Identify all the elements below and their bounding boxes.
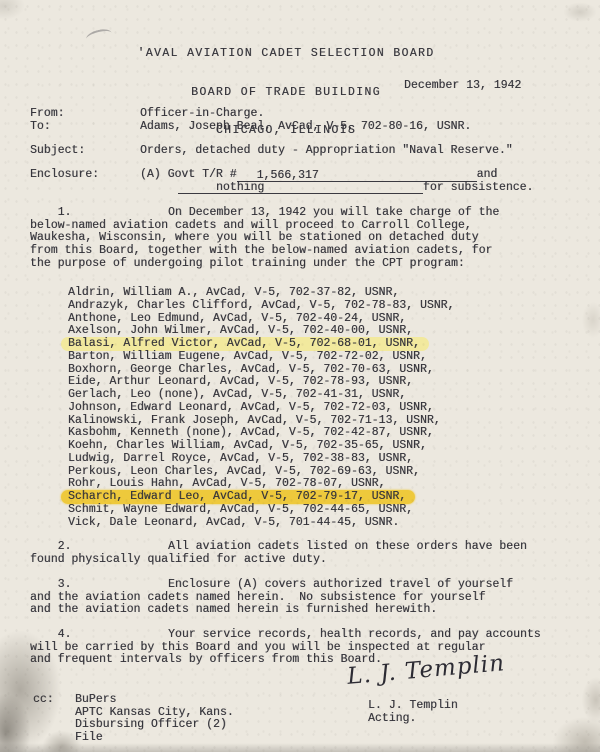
paragraph-1: 1. On December 13, 1942 you will take ch… xyxy=(30,207,499,271)
enclosure-suffix: for subsistence. xyxy=(423,181,533,194)
paragraph-2: 2. All aviation cadets listed on these o… xyxy=(30,541,527,566)
signature-typed-name: L. J. Templin xyxy=(368,700,458,713)
date: December 13, 1942 xyxy=(404,80,521,93)
cc-item: File xyxy=(75,732,103,745)
cc-item: BuPers xyxy=(75,694,116,707)
subject-label: Subject: xyxy=(30,145,85,158)
from-value: Officer-in-Charge. xyxy=(140,108,264,121)
enclosure-prefix: (A) Govt T/R # xyxy=(140,168,237,181)
enclosure-subsistence-blank: nothing xyxy=(178,182,423,194)
cc-label: cc: xyxy=(33,694,54,707)
to-label: To: xyxy=(30,121,51,134)
handwritten-signature: L. J. Templin xyxy=(347,657,506,683)
enclosure-tr-number: 1,566,317 xyxy=(257,169,319,182)
from-label: From: xyxy=(30,108,65,121)
document-page: 'AVAL AVIATION CADET SELECTION BOARD BOA… xyxy=(0,0,600,752)
enclosure-row-2: nothingfor subsistence. xyxy=(178,182,533,195)
paragraph-3: 3. Enclosure (A) covers authorized trave… xyxy=(30,579,513,617)
enclosure-label: Enclosure: xyxy=(30,169,99,182)
signature-title: Acting. xyxy=(368,713,416,726)
enclosure-subsistence-value: nothing xyxy=(216,181,264,194)
cadet-list: Aldrin, William A., AvCad, V-5, 702-37-8… xyxy=(68,287,454,529)
to-value: Adams, Joseph Beal, AvCad, V-5, 702-80-1… xyxy=(140,121,471,134)
letterhead-line-1: 'AVAL AVIATION CADET SELECTION BOARD xyxy=(0,48,586,61)
cadet-row: Vick, Dale Leonard, AvCad, V-5, 701-44-4… xyxy=(68,517,454,530)
letterhead: 'AVAL AVIATION CADET SELECTION BOARD BOA… xyxy=(0,23,586,163)
enclosure-conjunction: and xyxy=(477,168,498,181)
subject-value: Orders, detached duty - Appropriation "N… xyxy=(140,145,513,158)
